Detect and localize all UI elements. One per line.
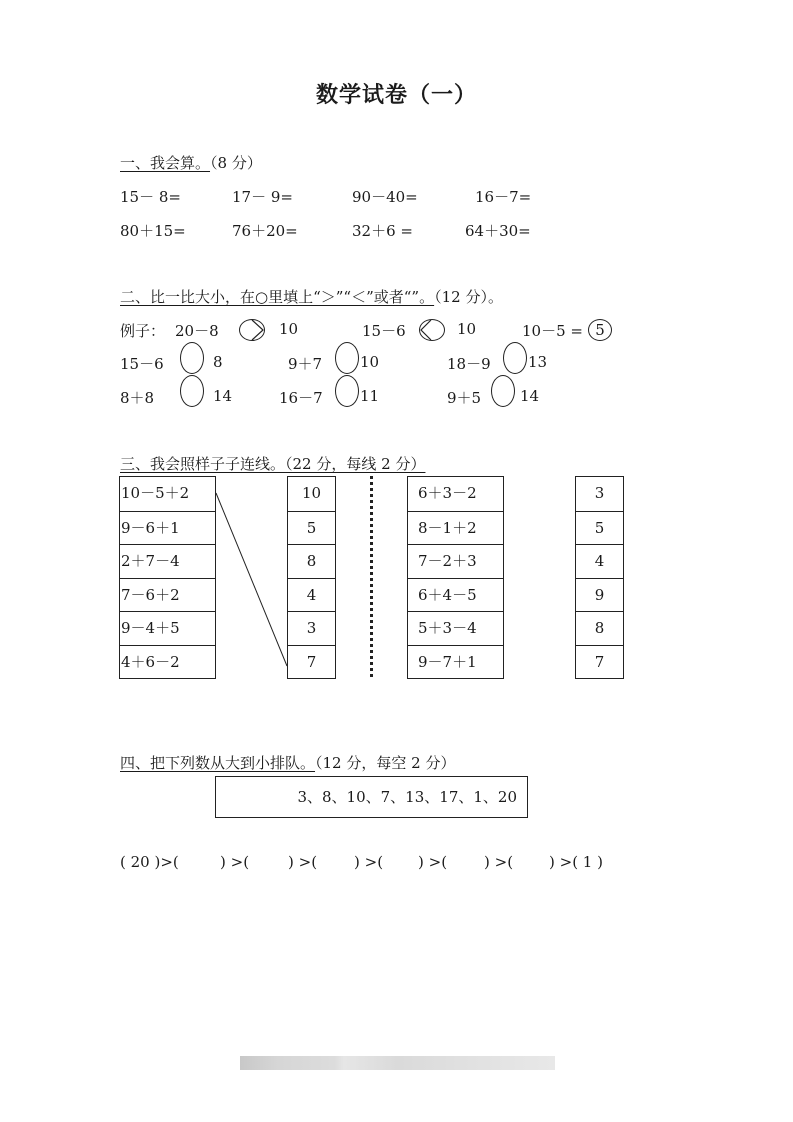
ordering-blank[interactable]: ) >( bbox=[288, 853, 317, 871]
ordering-blank[interactable]: ) >( 1 ) bbox=[549, 853, 603, 871]
section-4-points: （12 分，每空 2 分） bbox=[315, 754, 455, 772]
example-connector-line bbox=[0, 0, 793, 1122]
ordering-blank[interactable]: ) >( bbox=[354, 853, 383, 871]
answer-cell[interactable]: 9 bbox=[576, 578, 623, 612]
section-4-title: 四、把下列数从大到小排队。 bbox=[120, 754, 315, 772]
expression-cell[interactable]: 7－2＋3 bbox=[408, 544, 503, 578]
numbers-box: 3、8、10、7、13、17、1、20 bbox=[215, 776, 528, 818]
expression-cell[interactable]: 9－7＋1 bbox=[408, 645, 503, 679]
answer-cell[interactable]: 8 bbox=[576, 611, 623, 645]
dotted-divider bbox=[370, 476, 373, 678]
answer-column-2: 3 5 4 9 8 7 bbox=[575, 476, 624, 679]
section-4-heading: 四、把下列数从大到小排队。（12 分，每空 2 分） bbox=[120, 752, 455, 773]
ordering-blank[interactable]: ) >( bbox=[484, 853, 513, 871]
expression-cell[interactable]: 5＋3－4 bbox=[408, 611, 503, 645]
answer-cell[interactable]: 3 bbox=[576, 477, 623, 511]
ordering-blank[interactable]: ( 20 )>( bbox=[120, 853, 179, 871]
blurred-footer bbox=[240, 1056, 555, 1070]
expression-cell[interactable]: 6＋4－5 bbox=[408, 578, 503, 612]
answer-cell[interactable]: 4 bbox=[576, 544, 623, 578]
expression-cell[interactable]: 6＋3－2 bbox=[408, 477, 503, 511]
answer-cell[interactable]: 7 bbox=[576, 645, 623, 679]
ordering-blank[interactable]: ) >( bbox=[220, 853, 249, 871]
answer-cell[interactable]: 5 bbox=[576, 511, 623, 545]
expression-column-2: 6＋3－2 8－1＋2 7－2＋3 6＋4－5 5＋3－4 9－7＋1 bbox=[407, 476, 504, 679]
expression-cell[interactable]: 8－1＋2 bbox=[408, 511, 503, 545]
ordering-blank[interactable]: ) >( bbox=[418, 853, 447, 871]
